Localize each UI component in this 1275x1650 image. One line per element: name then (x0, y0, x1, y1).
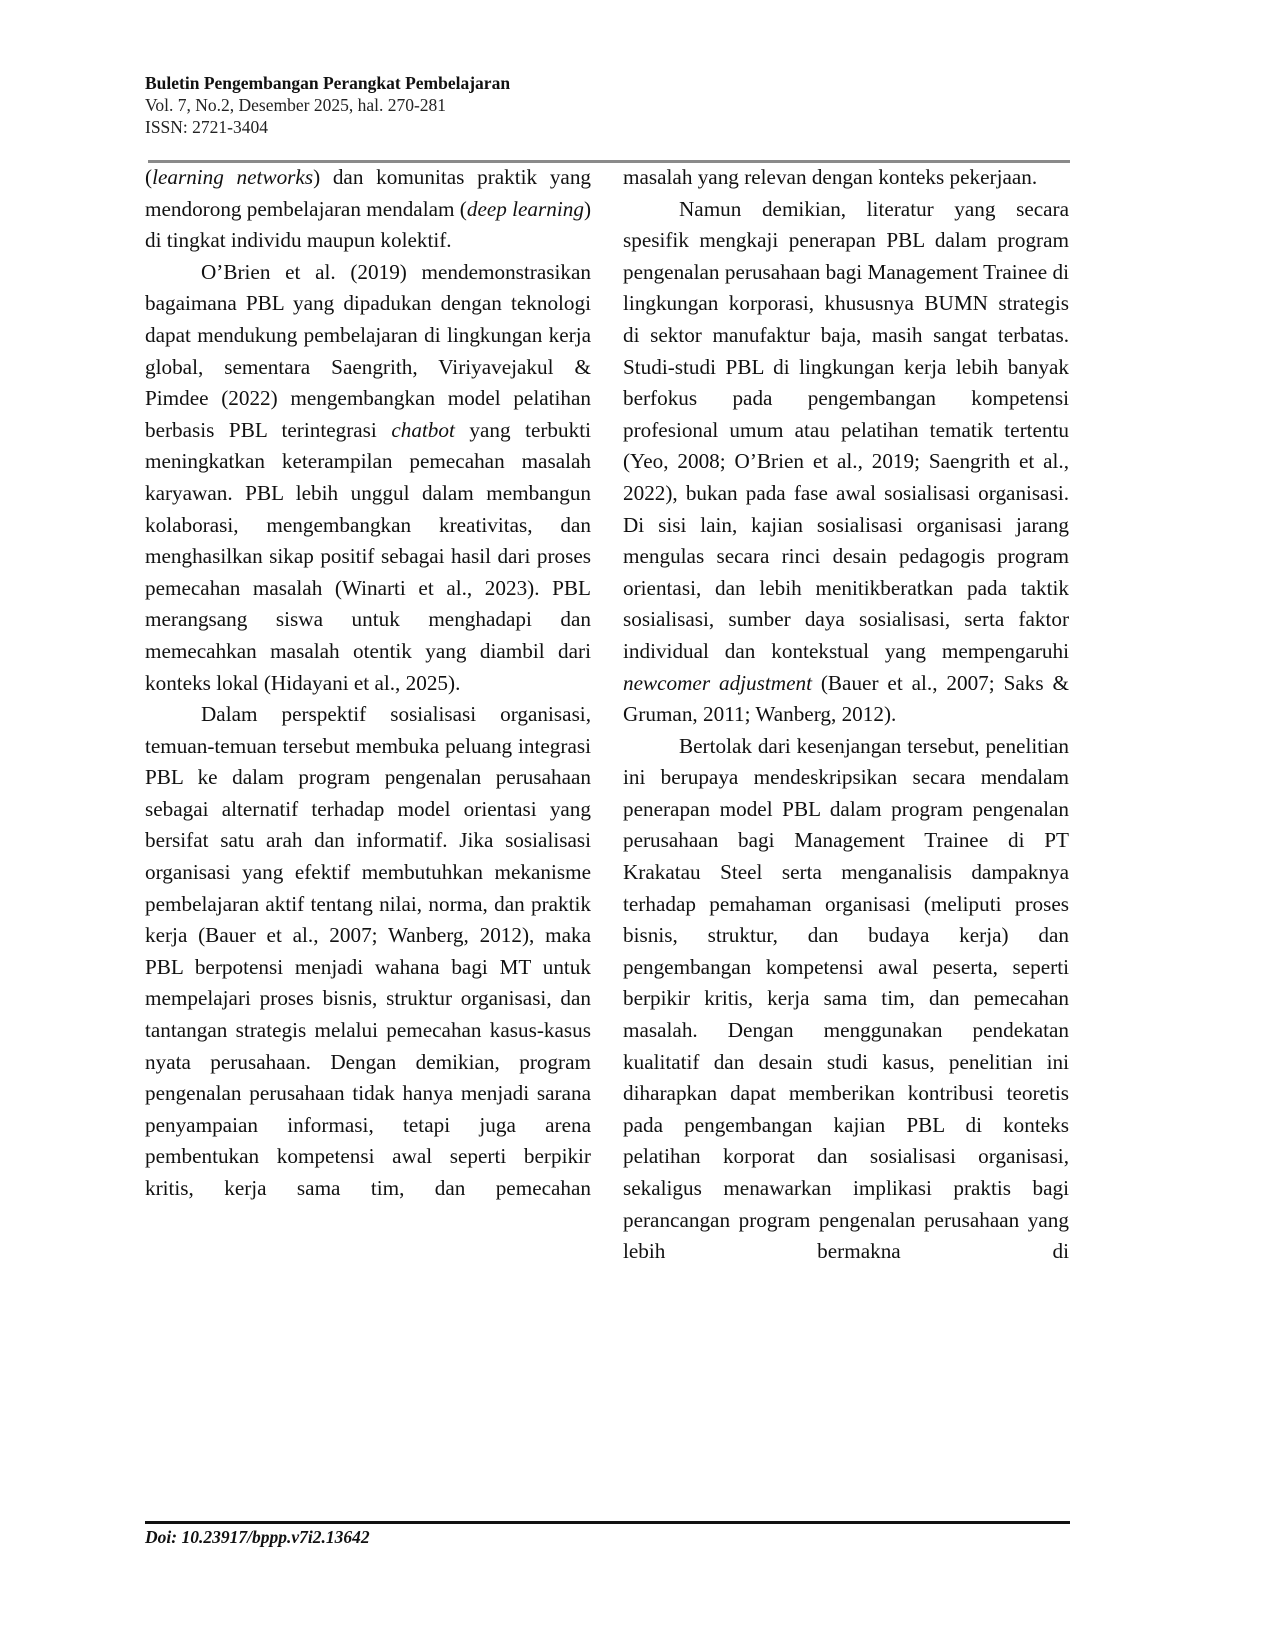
journal-title: Buletin Pengembangan Perangkat Pembelaja… (145, 72, 1075, 94)
volume-info: Vol. 7, No.2, Desember 2025, hal. 270-28… (145, 94, 1075, 116)
text-span: yang terbukti meningkatkan keterampilan … (145, 418, 591, 695)
running-header: Buletin Pengembangan Perangkat Pembelaja… (145, 72, 1075, 138)
italic-term: chatbot (391, 418, 455, 442)
issn: ISSN: 2721-3404 (145, 116, 1075, 138)
left-column: (learning networks) dan komunitas prakti… (145, 162, 591, 1205)
paragraph-continuation: (learning networks) dan komunitas prakti… (145, 162, 591, 257)
text-span: Namun demikian, literatur yang secara sp… (623, 197, 1069, 663)
right-column: masalah yang relevan dengan konteks peke… (623, 162, 1069, 1268)
doi-text: Doi: 10.23917/bppp.v7i2.13642 (145, 1526, 370, 1548)
footer-divider (145, 1521, 1070, 1524)
paragraph: O’Brien et al. (2019) mendemonstrasikan … (145, 257, 591, 699)
italic-term: learning networks (152, 165, 313, 189)
italic-term: newcomer adjustment (623, 671, 812, 695)
italic-term: deep learning (467, 197, 584, 221)
paragraph-continuation: masalah yang relevan dengan konteks peke… (623, 162, 1069, 194)
paragraph: Bertolak dari kesenjangan tersebut, pene… (623, 731, 1069, 1268)
text-span: ( (145, 165, 152, 189)
text-span: O’Brien et al. (2019) mendemonstrasikan … (145, 260, 591, 442)
paragraph: Namun demikian, literatur yang secara sp… (623, 194, 1069, 731)
paragraph: Dalam perspektif sosialisasi organisasi,… (145, 699, 591, 1205)
